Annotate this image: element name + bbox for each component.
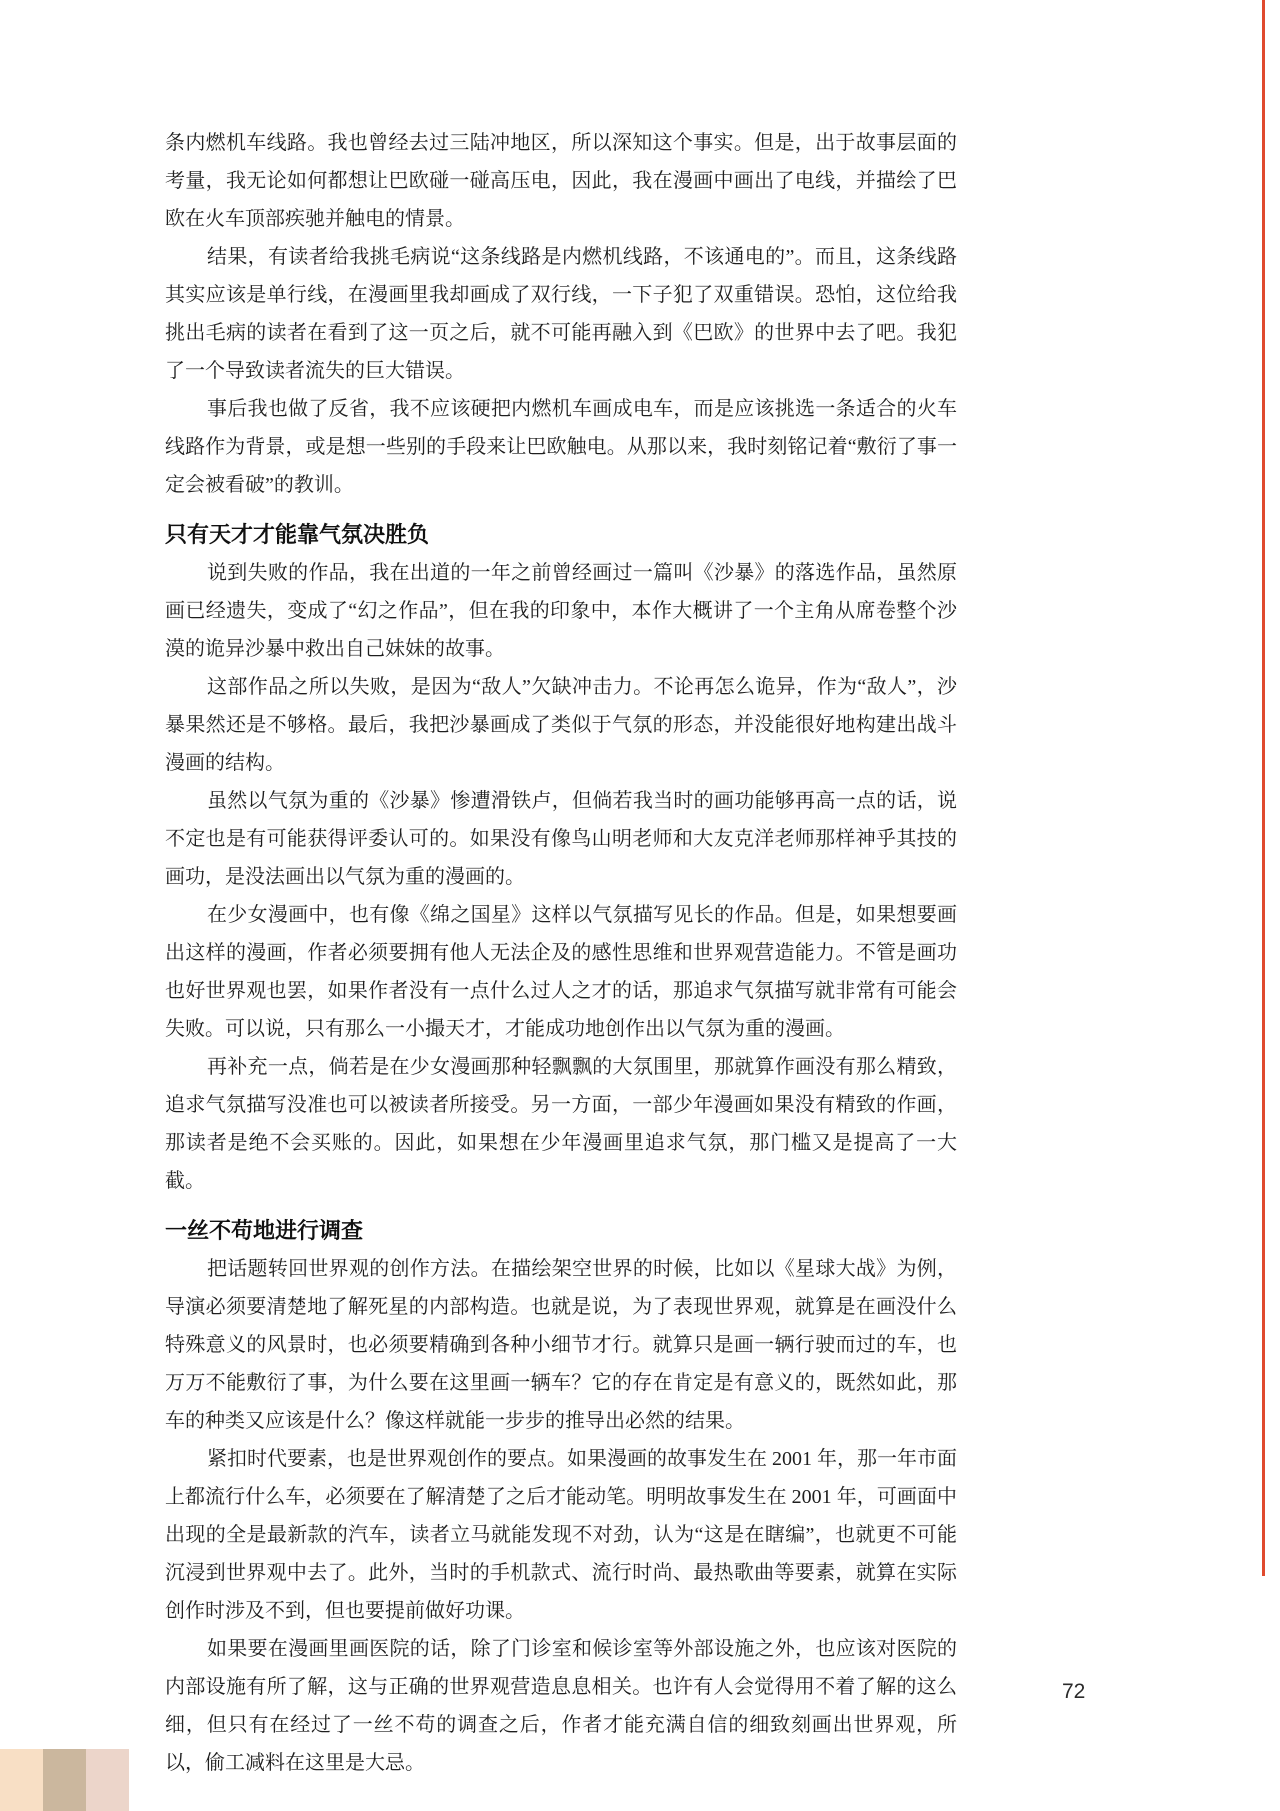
text-section: 只有天才才能靠气氛决胜负说到失败的作品，我在出道的一年之前曾经画过一篇叫《沙暴》… [165,516,957,1200]
text-section: 条内燃机车线路。我也曾经去过三陆冲地区，所以深知这个事实。但是，出于故事层面的考… [165,124,957,504]
body-paragraph: 这部作品之所以失败，是因为“敌人”欠缺冲击力。不论再怎么诡异，作为“敌人”，沙暴… [165,668,957,782]
book-page: 条内燃机车线路。我也曾经去过三陆冲地区，所以深知这个事实。但是，出于故事层面的考… [0,0,1280,1811]
section-heading: 只有天才才能靠气氛决胜负 [165,516,957,554]
body-paragraph: 再补充一点，倘若是在少女漫画那种轻飘飘的大氛围里，那就算作画没有那么精致，追求气… [165,1048,957,1200]
body-paragraph: 结果，有读者给我挑毛病说“这条线路是内燃机线路，不该通电的”。而且，这条线路其实… [165,238,957,390]
body-paragraph: 紧扣时代要素，也是世界观创作的要点。如果漫画的故事发生在 2001 年，那一年市… [165,1440,957,1630]
page-number: 72 [1062,1679,1085,1705]
edge-swatch-peach [0,1749,43,1811]
page-content: 条内燃机车线路。我也曾经去过三陆冲地区，所以深知这个事实。但是，出于故事层面的考… [165,124,957,1782]
edge-swatch-pink [86,1749,129,1811]
body-paragraph: 把话题转回世界观的创作方法。在描绘架空世界的时候，比如以《星球大战》为例，导演必… [165,1250,957,1440]
section-heading: 一丝不苟地进行调查 [165,1212,957,1250]
text-section: 一丝不苟地进行调查把话题转回世界观的创作方法。在描绘架空世界的时候，比如以《星球… [165,1212,957,1782]
color-swatches [0,1749,129,1811]
edge-swatch-tan [43,1749,86,1811]
body-paragraph: 说到失败的作品，我在出道的一年之前曾经画过一篇叫《沙暴》的落选作品，虽然原画已经… [165,554,957,668]
body-paragraph: 条内燃机车线路。我也曾经去过三陆冲地区，所以深知这个事实。但是，出于故事层面的考… [165,124,957,238]
body-paragraph: 在少女漫画中，也有像《绵之国星》这样以气氛描写见长的作品。但是，如果想要画出这样… [165,896,957,1048]
body-paragraph: 事后我也做了反省，我不应该硬把内燃机车画成电车，而是应该挑选一条适合的火车线路作… [165,390,957,504]
page-edge-marker [1262,0,1265,1576]
body-paragraph: 如果要在漫画里画医院的话，除了门诊室和候诊室等外部设施之外，也应该对医院的内部设… [165,1630,957,1782]
body-paragraph: 虽然以气氛为重的《沙暴》惨遭滑铁卢，但倘若我当时的画功能够再高一点的话，说不定也… [165,782,957,896]
